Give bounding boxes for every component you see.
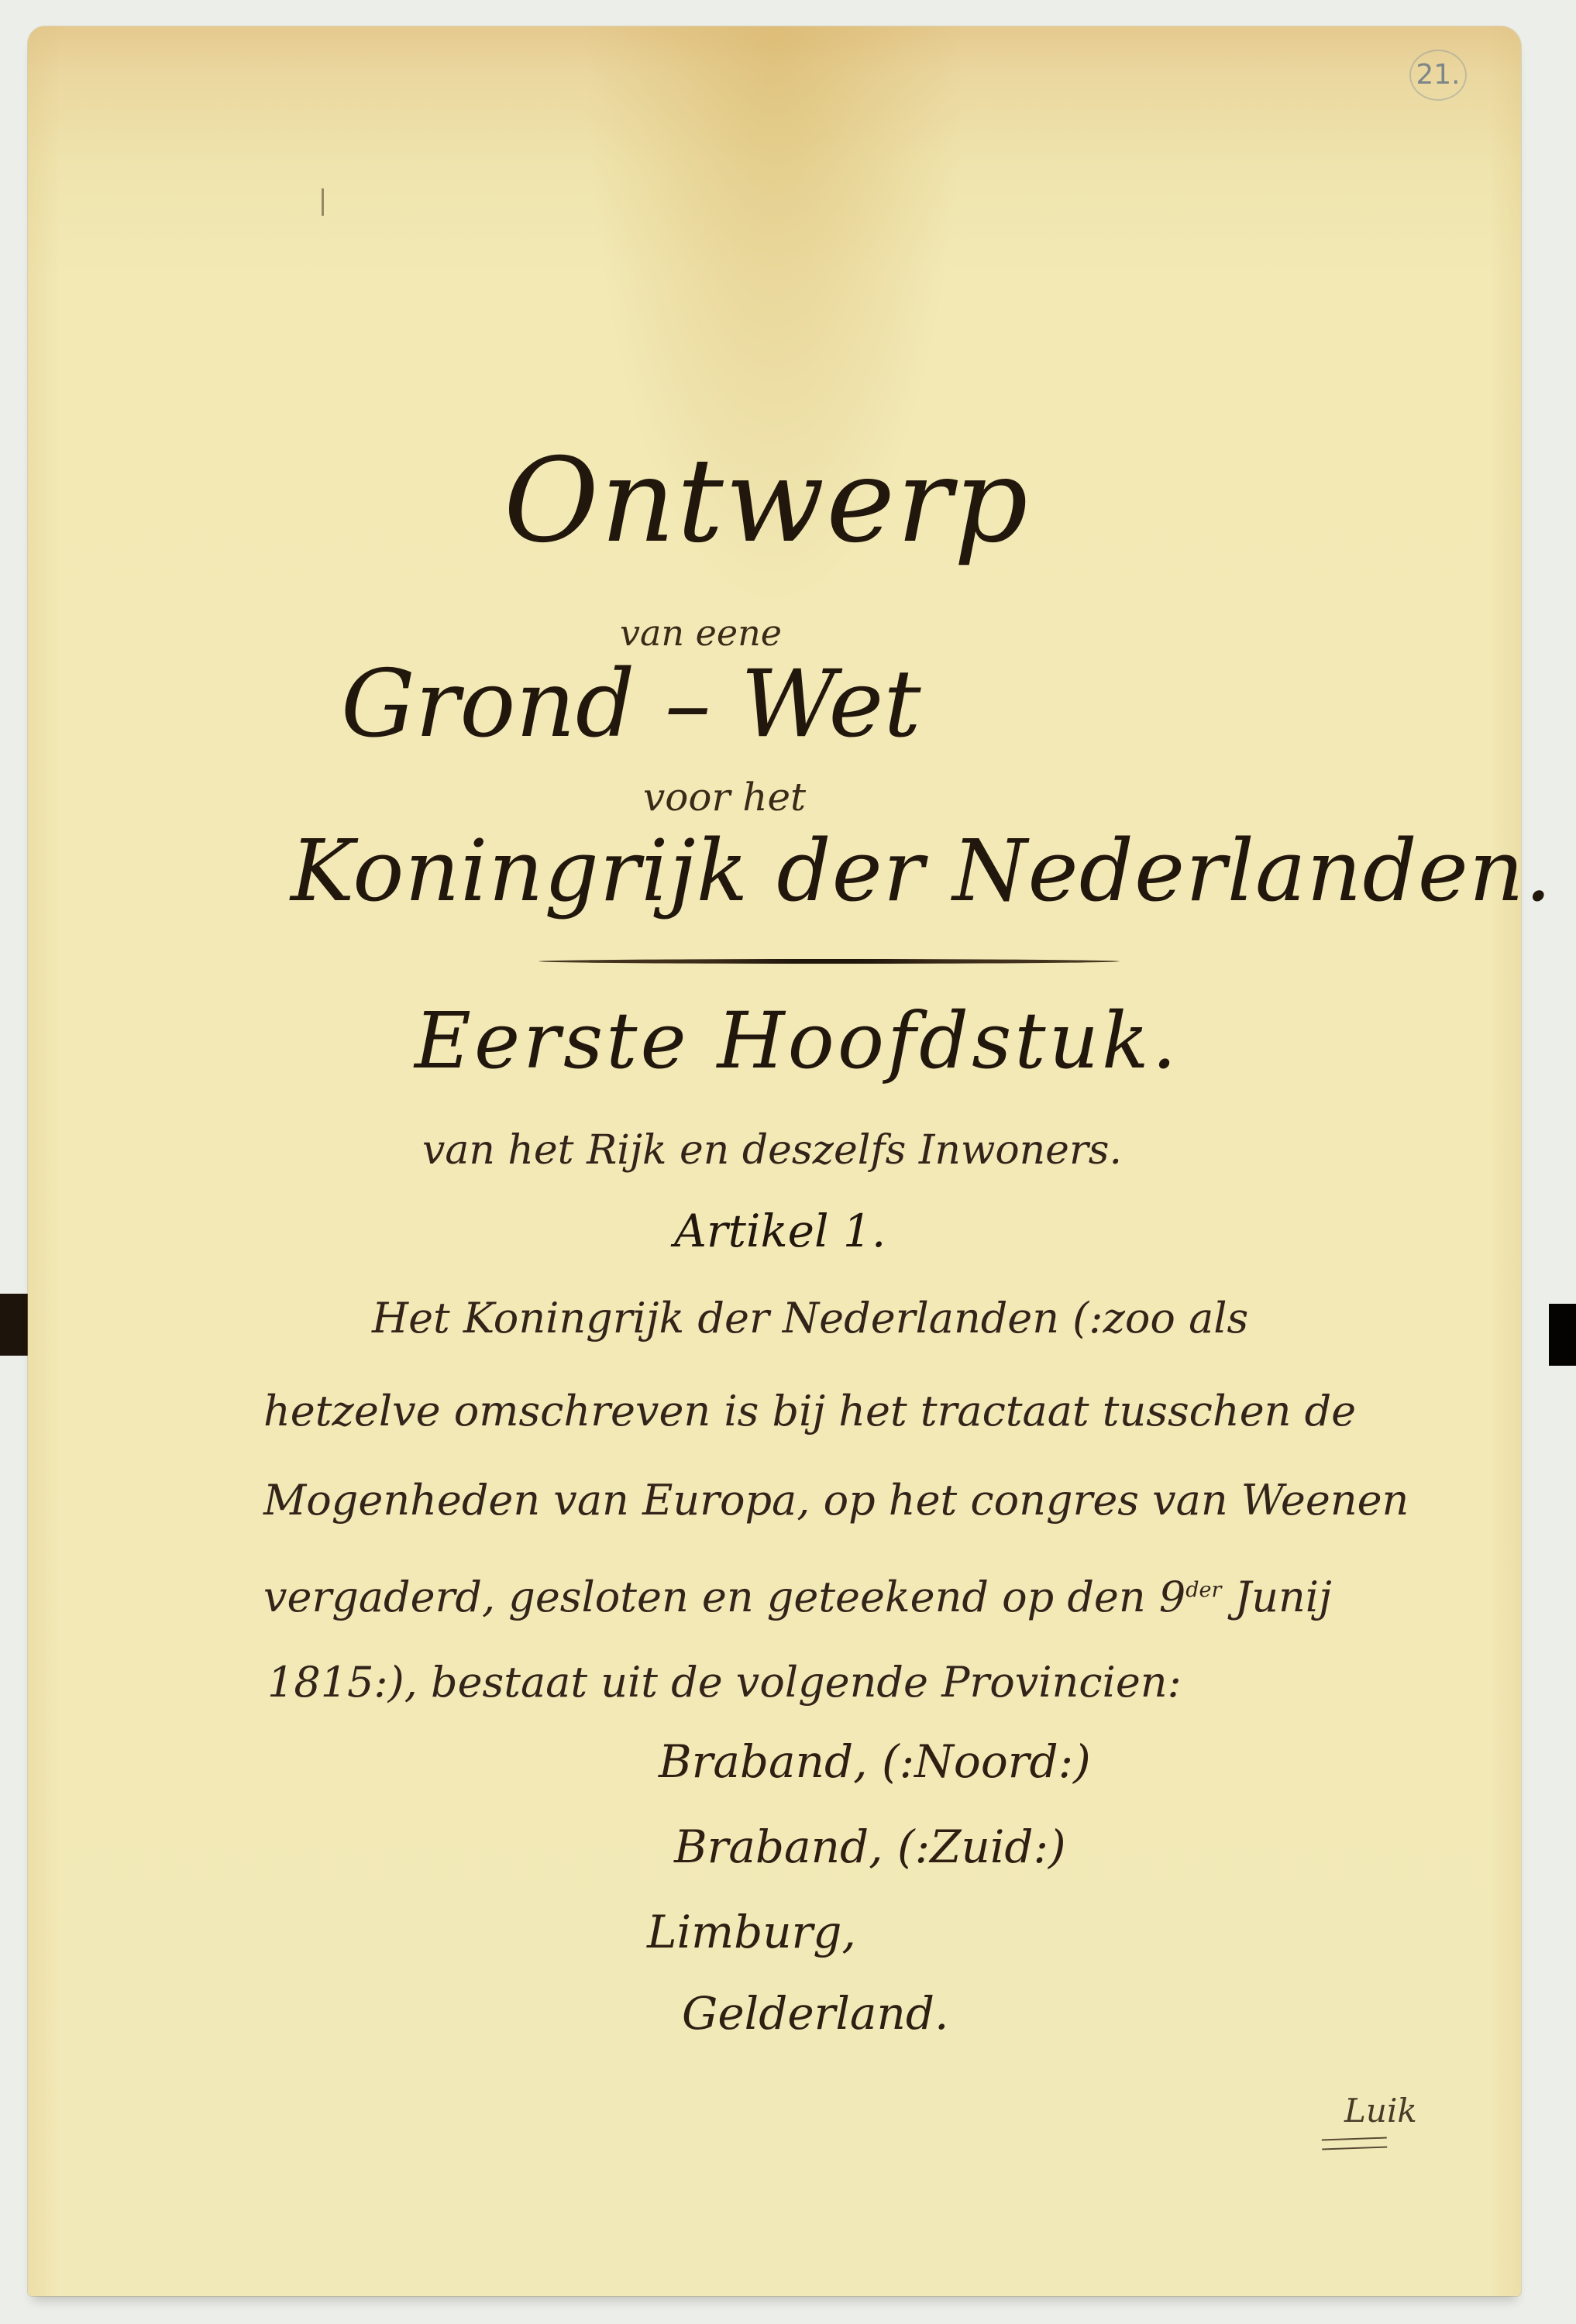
- title-ontwerp: Ontwerp: [504, 434, 1030, 569]
- scan-color-bar-right: [1549, 1304, 1576, 1366]
- article-line-2: hetzelve omschreven is bij het tractaat …: [263, 1387, 1356, 1435]
- article-heading: Artikel 1.: [674, 1205, 886, 1257]
- title-koningrijk: Koningrijk der Nederlanden.: [291, 821, 1553, 920]
- article-line-4-text: vergaderd, gesloten en geteekend op den …: [263, 1573, 1185, 1621]
- article-line-4: vergaderd, gesloten en geteekend op den …: [263, 1573, 1332, 1621]
- ink-mark: [322, 188, 324, 216]
- province-item: Limburg,: [647, 1906, 856, 1958]
- chapter-heading: Eerste Hoofdstuk.: [415, 995, 1179, 1086]
- catchword-underline: [1322, 2137, 1387, 2150]
- title-voor-het: voor het: [643, 775, 806, 820]
- chapter-subheading: van het Rijk en deszelfs Inwoners.: [422, 1127, 1122, 1174]
- province-item: Braband, (:Noord:): [659, 1735, 1091, 1788]
- article-line-1: Het Koningrijk der Nederlanden (:zoo als: [372, 1294, 1248, 1342]
- province-item: Gelderland.: [682, 1987, 948, 2040]
- catchword: Luik: [1344, 2092, 1417, 2130]
- date-superscript: der: [1185, 1578, 1221, 1602]
- title-van-eene: van eene: [620, 612, 782, 654]
- province-item: Braband, (:Zuid:): [674, 1820, 1066, 1873]
- date-month: Junij: [1221, 1573, 1331, 1621]
- title-grond-wet: Grond – Wet: [341, 651, 921, 758]
- article-line-5: 1815:), bestaat uit de volgende Provinci…: [267, 1658, 1182, 1707]
- article-line-3: Mogenheden van Europa, op het congres va…: [263, 1476, 1409, 1525]
- title-divider: [539, 959, 1120, 964]
- folio-number: 21.: [1409, 50, 1467, 101]
